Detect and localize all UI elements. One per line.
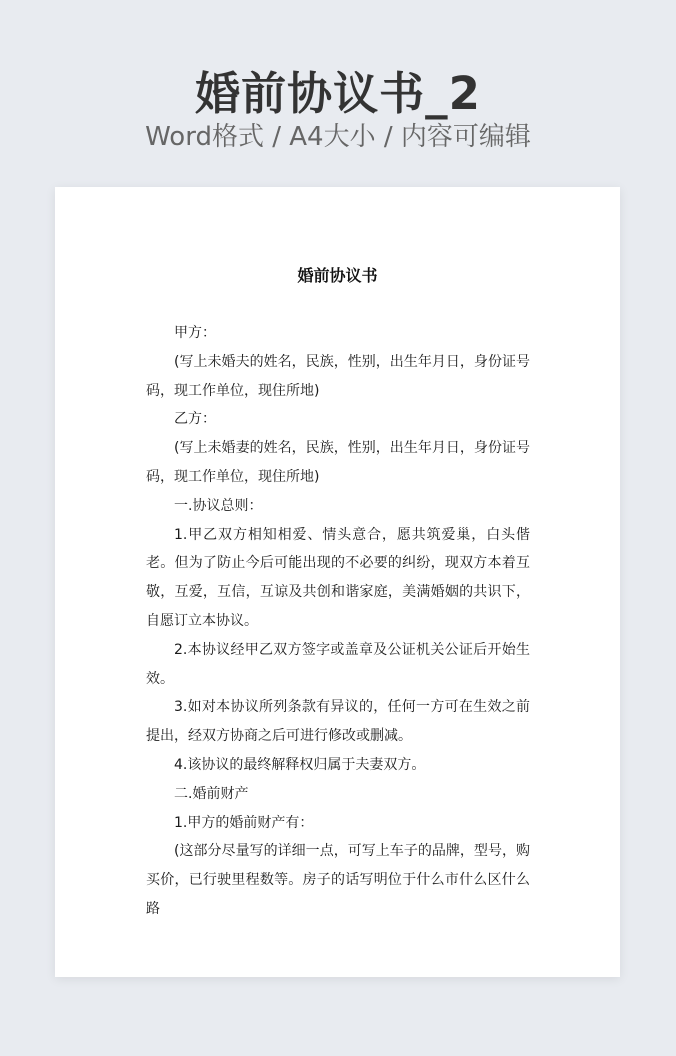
party-a-label: 甲方： xyxy=(146,319,530,348)
clause-1: 1.甲乙双方相知相爱、情头意合，愿共筑爱巢，白头偕老。但为了防止今后可能出现的不… xyxy=(146,521,530,636)
party-a-details: (写上未婚夫的姓名，民族，性别，出生年月日，身份证号码，现工作单位，现住所地) xyxy=(146,348,530,406)
property-details: (这部分尽量写的详细一点，可写上车子的品牌，型号，购买价，已行驶里程数等。房子的… xyxy=(146,837,530,923)
clause-4: 4.该协议的最终解释权归属于夫妻双方。 xyxy=(146,751,530,780)
property-clause-1: 1.甲方的婚前财产有： xyxy=(146,809,530,838)
party-b-label: 乙方： xyxy=(146,405,530,434)
page-title: 婚前协议书_2 xyxy=(0,64,676,124)
section-heading-property: 二.婚前财产 xyxy=(146,780,530,809)
section-heading-general: 一.协议总则： xyxy=(146,492,530,521)
page-subtitle: Word格式 / A4大小 / 内容可编辑 xyxy=(0,118,676,156)
clause-2: 2.本协议经甲乙双方签字或盖章及公证机关公证后开始生效。 xyxy=(146,636,530,694)
party-b-details: (写上未婚妻的姓名，民族，性别，出生年月日，身份证号码，现工作单位，现住所地) xyxy=(146,434,530,492)
document-title: 婚前协议书 xyxy=(55,264,620,288)
document-page: 婚前协议书 甲方： (写上未婚夫的姓名，民族，性别，出生年月日，身份证号码，现工… xyxy=(55,187,620,977)
document-body: 甲方： (写上未婚夫的姓名，民族，性别，出生年月日，身份证号码，现工作单位，现住… xyxy=(146,319,530,924)
clause-3: 3.如对本协议所列条款有异议的，任何一方可在生效之前提出，经双方协商之后可进行修… xyxy=(146,693,530,751)
